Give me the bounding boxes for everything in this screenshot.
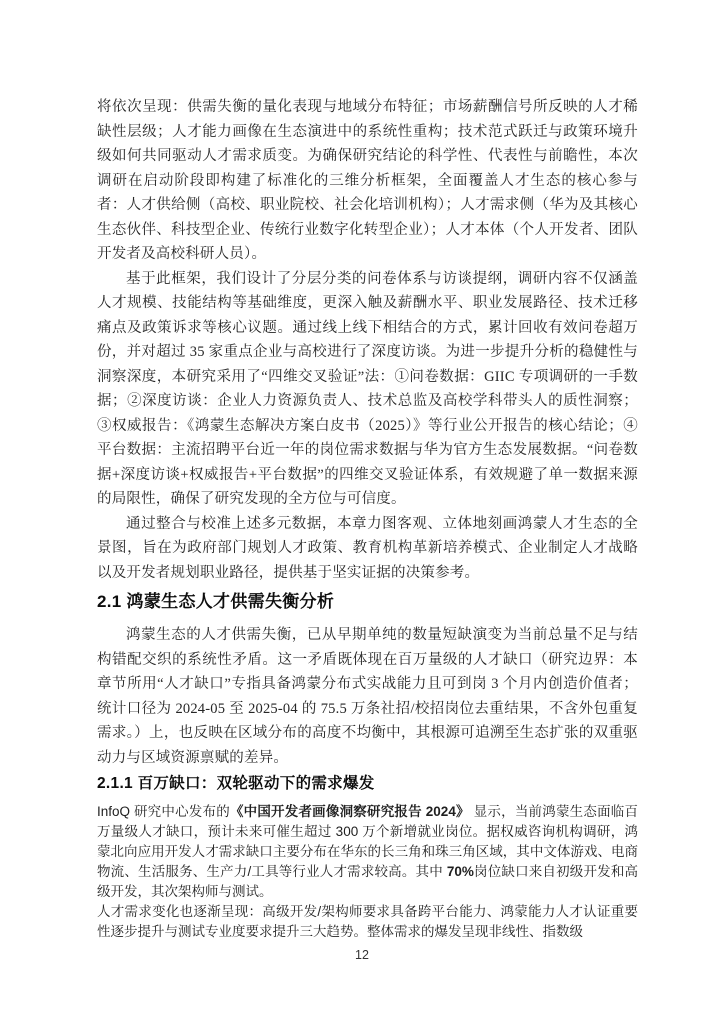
infoq-text-lead: InfoQ 研究中心发布的: [97, 804, 230, 819]
report-title-bold: 《中国开发者画像洞察研究报告 2024》: [230, 804, 470, 819]
document-page: 将依次呈现：供需失衡的量化表现与地域分布特征；市场薪酬信号所反映的人才稀缺性层级…: [0, 0, 724, 1024]
paragraph-supply-demand-imbalance: 鸿蒙生态的人才供需失衡，已从早期单纯的数量短缺演变为当前总量不足与结构错配交织的…: [97, 623, 638, 770]
paragraph-infoq-report: InfoQ 研究中心发布的《中国开发者画像洞察研究报告 2024》 显示，当前鸿…: [97, 802, 638, 902]
section-heading-2-1: 2.1 鸿蒙生态人才供需失衡分析: [97, 590, 638, 614]
page-content: 将依次呈现：供需失衡的量化表现与地域分布特征；市场薪酬信号所反映的人才稀缺性层级…: [97, 95, 638, 942]
paragraph-data-integration: 通过整合与校准上述多元数据，本章力图客观、立体地刻画鸿蒙人才生态的全景图，旨在为…: [97, 512, 638, 586]
paragraph-survey-framework: 基于此框架，我们设计了分层分类的问卷体系与访谈提纲，调研内容不仅涵盖人才规模、技…: [97, 267, 638, 512]
subsection-heading-2-1-1: 2.1.1 百万缺口：双轮驱动下的需求爆发: [97, 773, 638, 795]
percentage-bold: 70%: [447, 864, 474, 879]
paragraph-talent-demand-trends: 人才需求变化也逐渐呈现：高级开发/架构师要求具备跨平台能力、鸿蒙能力人才认证重要…: [97, 902, 638, 942]
paragraph-overview-continuation: 将依次呈现：供需失衡的量化表现与地域分布特征；市场薪酬信号所反映的人才稀缺性层级…: [97, 95, 638, 267]
page-number: 12: [0, 948, 724, 962]
